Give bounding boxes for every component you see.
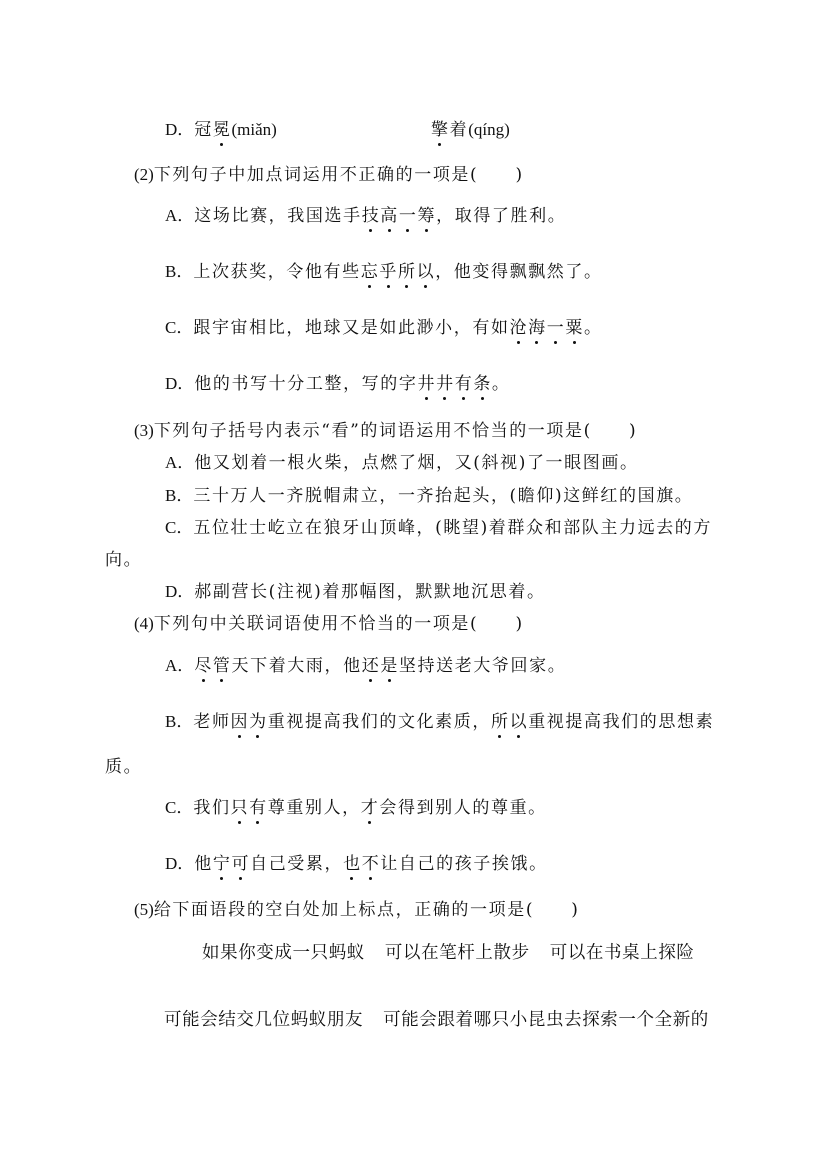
option-letter: B． bbox=[165, 262, 193, 281]
passage-segment: 可能会跟着哪只小昆虫去探索一个全新的 bbox=[383, 1010, 709, 1030]
option-text: 尊重别人， bbox=[268, 798, 361, 818]
option-text: ，他变得飘飘然了。 bbox=[435, 262, 602, 282]
question-text: 下列句子中加点词运用不正确的一项是( ) bbox=[154, 165, 524, 185]
emphasis-dot-char: 沧 bbox=[510, 317, 529, 339]
emphasis-dot-char: 一 bbox=[399, 205, 418, 227]
emphasis-dot-char: 为 bbox=[249, 711, 268, 733]
emphasis-dot-char: 因 bbox=[231, 711, 250, 733]
passage-line-2: 可能会结交几位蚂蚁朋友可能会跟着哪只小昆虫去探索一个全新的 bbox=[164, 1009, 709, 1031]
option-text: 质。 bbox=[105, 757, 142, 777]
emphasis-dot-char: 也 bbox=[343, 853, 362, 875]
question-number: (2) bbox=[134, 165, 154, 184]
option-text: 跟宇宙相比，地球又是如此渺小，有如 bbox=[193, 318, 509, 338]
passage-line-1: 如果你变成一只蚂蚁可以在笔杆上散步可以在书桌上探险 bbox=[202, 942, 695, 964]
emphasis-dot-char: 粟 bbox=[565, 317, 584, 339]
question-number: (5) bbox=[134, 900, 154, 919]
option-letter: A． bbox=[165, 453, 194, 472]
option-letter: C． bbox=[165, 318, 193, 337]
emphasis-dot-char: 忘 bbox=[361, 261, 380, 283]
question-4-option-c: C．我们只有尊重别人，才会得到别人的尊重。 bbox=[165, 797, 547, 819]
question-2-option-b: B．上次获奖，令他有些忘乎所以，他变得飘飘然了。 bbox=[165, 261, 603, 283]
option-letter: D． bbox=[165, 854, 194, 873]
emphasis-dot-char: 擎 bbox=[431, 119, 450, 141]
question-number: (4) bbox=[134, 614, 154, 633]
question-4-stem: (4)下列句中关联词语使用不恰当的一项是( ) bbox=[134, 613, 524, 635]
option-text: 。 bbox=[492, 374, 511, 394]
question-number: (3) bbox=[134, 421, 154, 440]
option-letter: D． bbox=[165, 374, 194, 393]
pinyin: (miǎn) bbox=[232, 120, 277, 139]
option-letter: A． bbox=[165, 206, 194, 225]
option-text: 重视提高我们的文化素质， bbox=[268, 712, 491, 732]
emphasis-dot-char: 才 bbox=[361, 797, 380, 819]
question-3-option-c-cont: 向。 bbox=[105, 549, 142, 571]
emphasis-dot-char: 有 bbox=[455, 373, 474, 395]
word-char: 冠 bbox=[194, 120, 213, 140]
emphasis-dot-char: 尽 bbox=[194, 655, 213, 677]
question-3-option-c: C．五位壮士屹立在狼牙山顶峰，(眺望)着群众和部队主力远去的方 bbox=[165, 517, 712, 539]
emphasis-dot-char: 技 bbox=[362, 205, 381, 227]
option-text: 我们 bbox=[193, 798, 230, 818]
emphasis-dot-char: 筹 bbox=[418, 205, 437, 227]
option-text: 老师 bbox=[193, 712, 230, 732]
question-text: 下列句子括号内表示“看”的词语运用不恰当的一项是( ) bbox=[154, 421, 637, 441]
option-text: 重视提高我们的思想素 bbox=[528, 712, 714, 732]
emphasis-dot-char: 海 bbox=[528, 317, 547, 339]
emphasis-dot-char: 条 bbox=[473, 373, 492, 395]
question-2-stem: (2)下列句子中加点词运用不正确的一项是( ) bbox=[134, 164, 524, 186]
option-text: ，取得了胜利。 bbox=[436, 206, 566, 226]
option-letter: B． bbox=[165, 712, 193, 731]
question-5-stem: (5)给下面语段的空白处加上标点，正确的一项是( ) bbox=[134, 899, 580, 921]
question-4-option-b: B．老师因为重视提高我们的文化素质，所以重视提高我们的思想素 bbox=[165, 711, 714, 733]
option-text: 向。 bbox=[105, 550, 142, 570]
question-text: 下列句中关联词语使用不恰当的一项是( ) bbox=[154, 614, 524, 634]
emphasis-dot-char: 只 bbox=[231, 797, 250, 819]
question-text: 给下面语段的空白处加上标点，正确的一项是( ) bbox=[154, 900, 580, 920]
emphasis-dot-char: 可 bbox=[232, 853, 251, 875]
option-text: 他 bbox=[194, 854, 213, 874]
question-2-option-c: C．跟宇宙相比，地球又是如此渺小，有如沧海一粟。 bbox=[165, 317, 603, 339]
emphasis-dot-char: 井 bbox=[417, 373, 436, 395]
word-char: 着 bbox=[450, 120, 469, 140]
option-text: 这场比赛，我国选手 bbox=[194, 206, 361, 226]
passage-segment: 可能会结交几位蚂蚁朋友 bbox=[164, 1010, 363, 1030]
option-text: 上次获奖，令他有些 bbox=[193, 262, 360, 282]
passage-segment: 可以在书桌上探险 bbox=[550, 943, 695, 963]
emphasis-dot-char: 高 bbox=[380, 205, 399, 227]
pinyin: (qíng) bbox=[468, 120, 510, 139]
option-letter: D． bbox=[165, 120, 194, 139]
option-text: 郝副营长(注视)着那幅图，默默地沉思着。 bbox=[194, 582, 545, 602]
emphasis-dot-char: 以 bbox=[417, 261, 436, 283]
option-letter: B． bbox=[165, 486, 193, 505]
option-letter: C． bbox=[165, 518, 193, 537]
emphasis-dot-char: 以 bbox=[510, 711, 529, 733]
question-4-option-a: A．尽管天下着大雨，他还是坚持送老大爷回家。 bbox=[165, 655, 566, 677]
emphasis-dot-char: 管 bbox=[213, 655, 232, 677]
question-3-stem: (3)下列句子括号内表示“看”的词语运用不恰当的一项是( ) bbox=[134, 420, 637, 442]
option-letter: A． bbox=[165, 656, 194, 675]
emphasis-dot-char: 宁 bbox=[213, 853, 232, 875]
emphasis-dot-char: 是 bbox=[380, 655, 399, 677]
option-text: 他的书写十分工整，写的字 bbox=[194, 374, 417, 394]
option-text: 会得到别人的尊重。 bbox=[379, 798, 546, 818]
question-4-option-b-cont: 质。 bbox=[105, 756, 142, 778]
passage-segment: 如果你变成一只蚂蚁 bbox=[202, 943, 365, 963]
question-3-option-b: B．三十万人一齐脱帽肃立，一齐抬起头，(瞻仰)这鲜红的国旗。 bbox=[165, 485, 693, 507]
option-text: 三十万人一齐脱帽肃立，一齐抬起头，(瞻仰)这鲜红的国旗。 bbox=[193, 486, 693, 506]
option-text: 让自己的孩子挨饿。 bbox=[380, 854, 547, 874]
q1-option-d: D．冠冕(miǎn) bbox=[165, 119, 277, 141]
emphasis-dot-char: 有 bbox=[249, 797, 268, 819]
option-text: 五位壮士屹立在狼牙山顶峰，(眺望)着群众和部队主力远去的方 bbox=[193, 518, 712, 538]
option-text: 自己受累， bbox=[250, 854, 343, 874]
emphasis-dot-char: 所 bbox=[491, 711, 510, 733]
question-4-option-d: D．他宁可自己受累，也不让自己的孩子挨饿。 bbox=[165, 853, 548, 875]
emphasis-dot-char: 所 bbox=[398, 261, 417, 283]
option-letter: D． bbox=[165, 582, 194, 601]
emphasis-dot-char: 乎 bbox=[379, 261, 398, 283]
option-text: 坚持送老大爷回家。 bbox=[399, 656, 566, 676]
option-letter: C． bbox=[165, 798, 193, 817]
emphasis-dot-char: 还 bbox=[362, 655, 381, 677]
emphasis-dot-char: 井 bbox=[436, 373, 455, 395]
passage-segment: 可以在笔杆上散步 bbox=[385, 943, 530, 963]
option-text: 他又划着一根火柴，点燃了烟，又(斜视)了一眼图画。 bbox=[194, 453, 638, 473]
question-2-option-a: A．这场比赛，我国选手技高一筹，取得了胜利。 bbox=[165, 205, 566, 227]
option-text: 。 bbox=[584, 318, 603, 338]
question-3-option-a: A．他又划着一根火柴，点燃了烟，又(斜视)了一眼图画。 bbox=[165, 452, 639, 474]
emphasis-dot-char: 冕 bbox=[213, 119, 232, 141]
q1-option-d-word2: 擎着(qíng) bbox=[431, 119, 510, 141]
question-3-option-d: D．郝副营长(注视)着那幅图，默默地沉思着。 bbox=[165, 581, 546, 603]
question-2-option-d: D．他的书写十分工整，写的字井井有条。 bbox=[165, 373, 511, 395]
option-text: 天下着大雨，他 bbox=[232, 656, 362, 676]
emphasis-dot-char: 一 bbox=[547, 317, 566, 339]
emphasis-dot-char: 不 bbox=[362, 853, 381, 875]
